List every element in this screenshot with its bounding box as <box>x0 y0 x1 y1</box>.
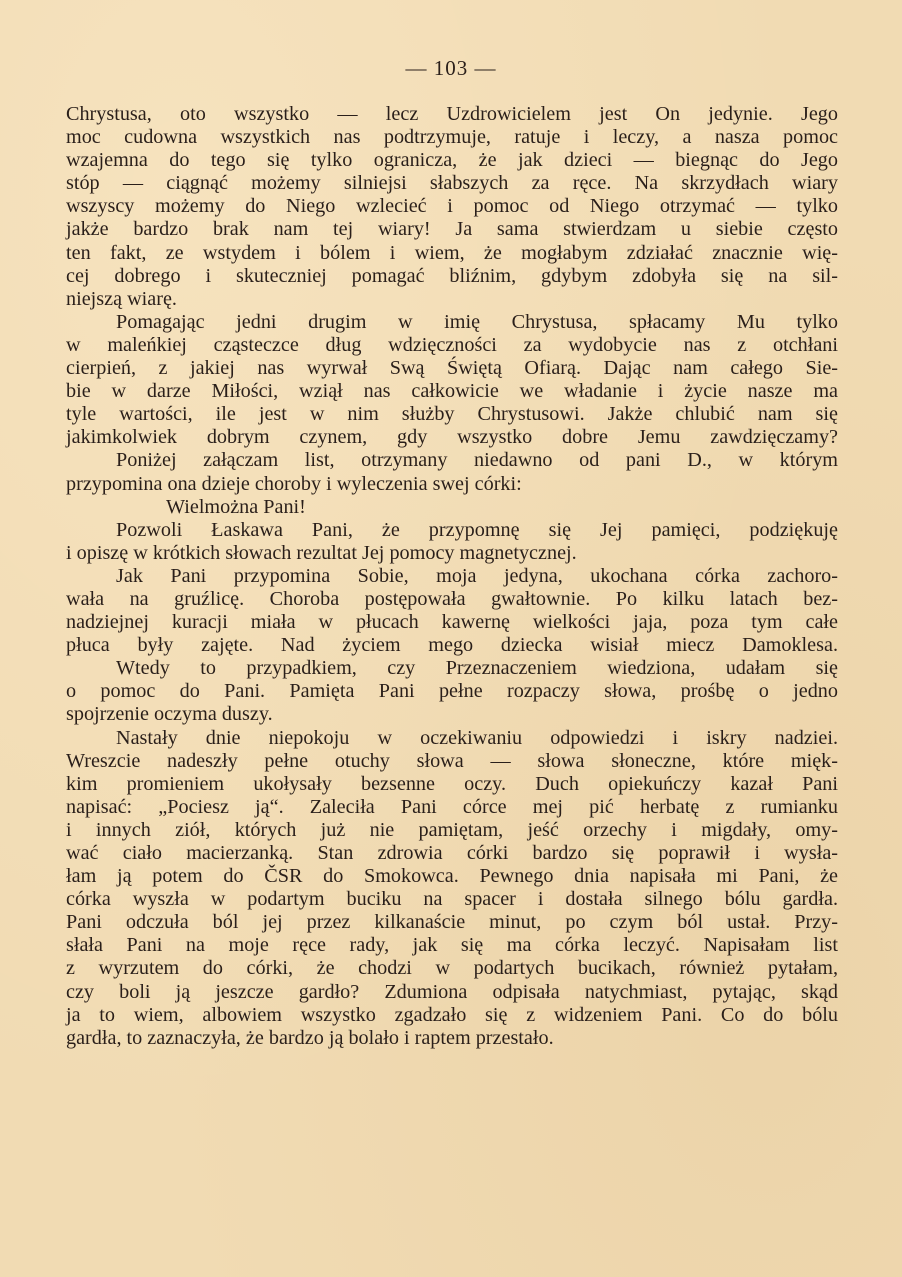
letter-salutation: Wielmożna Pani! <box>66 496 838 519</box>
text-line: ten fakt, ze wstydem i bólem i wiem, że … <box>66 242 838 265</box>
text-line: jakimkolwiek dobrym czynem, gdy wszystko… <box>66 426 838 449</box>
text-line: o pomoc do Pani. Pamięta Pani pełne rozp… <box>66 680 838 703</box>
paragraph-start-line: Wtedy to przypadkiem, czy Przeznaczeniem… <box>66 657 838 680</box>
text-line: Wreszcie nadeszły pełne otuchy słowa — s… <box>66 750 838 773</box>
text-line: tyle wartości, ile jest w nim służby Chr… <box>66 403 838 426</box>
page-number: — 103 — <box>0 56 902 81</box>
paragraph-start-line: Poniżej załączam list, otrzymany niedawn… <box>66 449 838 472</box>
text-line: kim promieniem ukołysały bezsenne oczy. … <box>66 773 838 796</box>
text-line: z wyrzutem do córki, że chodzi w podarty… <box>66 957 838 980</box>
text-line: i opiszę w krótkich słowach rezultat Jej… <box>66 542 838 565</box>
text-line: gardła, to zaznaczyła, że bardzo ją bola… <box>66 1027 838 1050</box>
text-line: łam ją potem do ČSR do Smokowca. Pewnego… <box>66 865 838 888</box>
text-line: cierpień, z jakiej nas wyrwał Swą Świętą… <box>66 357 838 380</box>
body-text: Chrystusa, oto wszystko — lecz Uzdrowici… <box>66 103 838 1050</box>
text-line: moc cudowna wszystkich nas podtrzymuje, … <box>66 126 838 149</box>
text-line: spojrzenie oczyma duszy. <box>66 703 838 726</box>
text-line: wszyscy możemy do Niego wzlecieć i pomoc… <box>66 195 838 218</box>
text-line: Chrystusa, oto wszystko — lecz Uzdrowici… <box>66 103 838 126</box>
text-line: i innych ziół, których już nie pamiętam,… <box>66 819 838 842</box>
text-line: słała Pani na moje ręce rady, jak się ma… <box>66 934 838 957</box>
text-line: wała na gruźlicę. Choroba postępowała gw… <box>66 588 838 611</box>
text-line: ja to wiem, albowiem wszystko zgadzało s… <box>66 1004 838 1027</box>
text-line: cej dobrego i skuteczniej pomagać bliźni… <box>66 265 838 288</box>
text-line: płuca były zajęte. Nad życiem mego dziec… <box>66 634 838 657</box>
paragraph-start-line: Pozwoli Łaskawa Pani, że przypomnę się J… <box>66 519 838 542</box>
text-line: napisać: „Pociesz ją“. Zaleciła Pani cór… <box>66 796 838 819</box>
text-line: wzajemna do tego się tylko ogranicza, że… <box>66 149 838 172</box>
text-line: wać ciało macierzanką. Stan zdrowia córk… <box>66 842 838 865</box>
paragraph-start-line: Nastały dnie niepokoju w oczekiwaniu odp… <box>66 727 838 750</box>
text-line: bie w darze Miłości, wziął nas całkowici… <box>66 380 838 403</box>
paragraph-start-line: Jak Pani przypomina Sobie, moja jedyna, … <box>66 565 838 588</box>
text-line: niejszą wiarę. <box>66 288 838 311</box>
text-line: w maleńkiej cząsteczce dług wdzięczności… <box>66 334 838 357</box>
text-line: córka wyszła w podartym buciku na spacer… <box>66 888 838 911</box>
paragraph-start-line: Pomagając jedni drugim w imię Chrystusa,… <box>66 311 838 334</box>
text-line: stóp — ciągnąć możemy silniejsi słabszyc… <box>66 172 838 195</box>
text-line: Pani odczuła ból jej przez kilkanaście m… <box>66 911 838 934</box>
text-line: czy boli ją jeszcze gardło? Zdumiona odp… <box>66 981 838 1004</box>
text-line: przypomina ona dzieje choroby i wyleczen… <box>66 473 838 496</box>
text-line: jakże bardzo brak nam tej wiary! Ja sama… <box>66 218 838 241</box>
text-line: nadziejnej kuracji miała w płucach kawer… <box>66 611 838 634</box>
